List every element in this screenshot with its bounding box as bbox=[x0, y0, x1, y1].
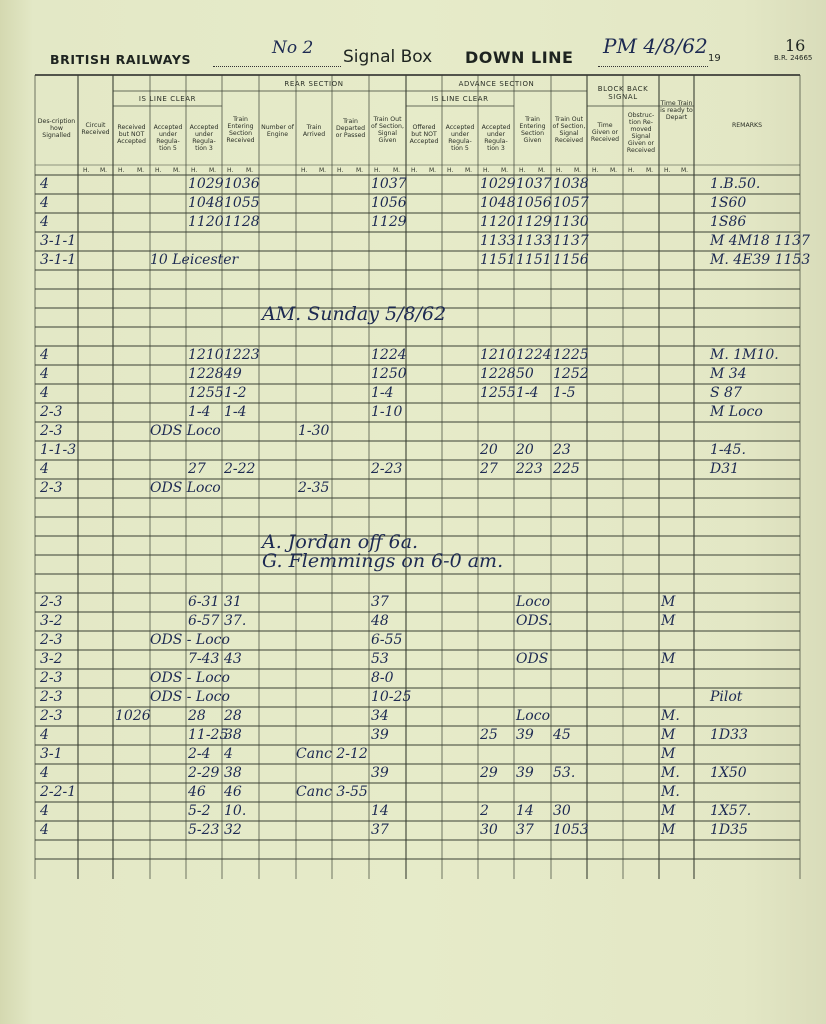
entry-rear_out: 39 bbox=[371, 765, 389, 781]
minutes-label: M. bbox=[393, 167, 400, 174]
hours-label: H. bbox=[227, 167, 233, 174]
column-header-engine: Number of Engine bbox=[260, 124, 295, 138]
column-header-bb_given: Time Given or Received bbox=[588, 122, 622, 143]
entry-rear_acc3: 46 bbox=[188, 784, 206, 800]
handwritten-note: ODS - Loco bbox=[150, 670, 230, 686]
entry-rear_out: 39 bbox=[371, 727, 389, 743]
minutes-label: M. bbox=[646, 167, 653, 174]
entry-desc: 2-3 bbox=[40, 708, 63, 724]
entry-desc: 4 bbox=[40, 803, 49, 819]
entry-rear_entering: 46 bbox=[224, 784, 242, 800]
entry-rear_entering: 4 bbox=[224, 746, 233, 762]
entry-adv_acc3: 2 bbox=[480, 803, 489, 819]
entry-rear_out: 1-4 bbox=[371, 385, 394, 401]
entry-rear_entering: 1055 bbox=[224, 195, 260, 211]
entry-rear_acc3: 1029 bbox=[188, 176, 224, 192]
entry-ready: M bbox=[661, 613, 675, 629]
column-header-rear_out: Train Out of Section, Signal Given bbox=[370, 116, 405, 144]
entry-adv_entering: 223 bbox=[516, 461, 543, 477]
entry-adv_entering: 1133 bbox=[516, 233, 552, 249]
entry-desc: 3-2 bbox=[40, 613, 63, 629]
hours-label: H. bbox=[483, 167, 489, 174]
entry-rear_acc3: 6-57 bbox=[188, 613, 219, 629]
hours-label: H. bbox=[118, 167, 124, 174]
entry-adv_entering: 1056 bbox=[516, 195, 552, 211]
column-header-ready: Time Train is ready to Depart bbox=[660, 100, 693, 121]
entry-adv_acc3: 1228 bbox=[480, 366, 516, 382]
entry-adv_entering: 1151 bbox=[516, 252, 552, 268]
entry-adv_entering: 50 bbox=[516, 366, 534, 382]
entry-adv_entering: 14 bbox=[516, 803, 534, 819]
entry-rear_out: 1129 bbox=[371, 214, 407, 230]
entry-adv_out: 23 bbox=[553, 442, 571, 458]
hours-label: H. bbox=[519, 167, 525, 174]
entry-remarks: M. 4E39 1153 bbox=[710, 252, 810, 268]
entry-remarks: 1X57. bbox=[710, 803, 751, 819]
entry-adv_acc3: 1120 bbox=[480, 214, 516, 230]
entry-desc: 2-3 bbox=[40, 670, 63, 686]
entry-adv_entering: ODS bbox=[516, 651, 548, 667]
rear-section-header: REAR SECTION bbox=[222, 80, 406, 88]
entry-remarks: M Loco bbox=[710, 404, 763, 420]
entry-adv_out: 1053 bbox=[553, 822, 589, 838]
entry-desc: 3-1 bbox=[40, 746, 63, 762]
column-header-adv_acc3: Accepted under Regula-tion 3 bbox=[479, 124, 513, 152]
entry-rear_out: 14 bbox=[371, 803, 389, 819]
hours-label: H. bbox=[337, 167, 343, 174]
minutes-label: M. bbox=[246, 167, 253, 174]
entry-adv_entering: 39 bbox=[516, 765, 534, 781]
column-header-circuit: Circuit Received bbox=[79, 122, 112, 136]
entry-adv_out: 1252 bbox=[553, 366, 589, 382]
column-header-rear_acc3: Accepted under Regula-tion 3 bbox=[187, 124, 221, 152]
entry-adv_acc3: 1048 bbox=[480, 195, 516, 211]
entry-desc: 4 bbox=[40, 214, 49, 230]
entry-rear_acc3: 27 bbox=[188, 461, 206, 477]
entry-desc: 4 bbox=[40, 385, 49, 401]
handwritten-note: Canc 3-55 bbox=[296, 784, 368, 800]
hours-label: H. bbox=[301, 167, 307, 174]
entry-remarks: 1-45. bbox=[710, 442, 746, 458]
entry-rear_out: 10-25 bbox=[371, 689, 411, 705]
column-header-bb_removed: Obstruc-tion Re-moved Signal Given or Re… bbox=[624, 112, 658, 154]
entry-rear_out: 1224 bbox=[371, 347, 407, 363]
entry-rear_entering: 1036 bbox=[224, 176, 260, 192]
advance-line-clear-header: IS LINE CLEAR bbox=[406, 95, 514, 103]
entry-adv_out: 1130 bbox=[553, 214, 589, 230]
entry-arrived: 1-30 bbox=[298, 423, 329, 439]
entry-ready: M bbox=[661, 651, 675, 667]
entry-adv_out: 225 bbox=[553, 461, 580, 477]
minutes-label: M. bbox=[209, 167, 216, 174]
handwritten-banner: AM. Sunday 5/8/62 bbox=[262, 303, 446, 325]
entry-remarks: M. 1M10. bbox=[710, 347, 779, 363]
column-header-departed: Train Departed or Passed bbox=[333, 118, 368, 139]
entry-rear_out: 1056 bbox=[371, 195, 407, 211]
rear-line-clear-header: IS LINE CLEAR bbox=[113, 95, 222, 103]
entry-adv_acc3: 27 bbox=[480, 461, 498, 477]
entry-rear_acc3: 1120 bbox=[188, 214, 224, 230]
entry-adv_out: 1057 bbox=[553, 195, 589, 211]
entry-rear_acc3: 1210 bbox=[188, 347, 224, 363]
entry-desc: 4 bbox=[40, 366, 49, 382]
entry-rear_entering: 1223 bbox=[224, 347, 260, 363]
minutes-label: M. bbox=[501, 167, 508, 174]
minutes-label: M. bbox=[356, 167, 363, 174]
entry-adv_acc3: 1133 bbox=[480, 233, 516, 249]
hours-label: H. bbox=[374, 167, 380, 174]
entry-desc: 2-3 bbox=[40, 689, 63, 705]
entry-adv_acc3: 1029 bbox=[480, 176, 516, 192]
entry-rear_out: 6-55 bbox=[371, 632, 402, 648]
advance-section-header: ADVANCE SECTION bbox=[406, 80, 587, 88]
entry-remarks: M 4M18 1137 bbox=[710, 233, 810, 249]
entry-remarks: 1X50 bbox=[710, 765, 747, 781]
entry-adv_entering: 20 bbox=[516, 442, 534, 458]
entry-ready: M bbox=[661, 727, 675, 743]
entry-adv_entering: 1-4 bbox=[516, 385, 539, 401]
entry-rear_entering: 2-22 bbox=[224, 461, 255, 477]
entry-adv_acc3: 20 bbox=[480, 442, 498, 458]
entry-rear_entering: 28 bbox=[224, 708, 242, 724]
entry-remarks: Pilot bbox=[710, 689, 742, 705]
entry-desc: 2-3 bbox=[40, 404, 63, 420]
entry-adv_out: 30 bbox=[553, 803, 571, 819]
hours-label: H. bbox=[191, 167, 197, 174]
handwritten-note: ODS - Loco bbox=[150, 689, 230, 705]
entry-adv_entering: 1037 bbox=[516, 176, 552, 192]
entry-desc: 2-3 bbox=[40, 423, 63, 439]
entry-ready: M bbox=[661, 594, 675, 610]
entry-rear_entering: 1-4 bbox=[224, 404, 247, 420]
entry-desc: 4 bbox=[40, 822, 49, 838]
handwritten-note: Canc 2-12 bbox=[296, 746, 368, 762]
entry-rear_acc3: 28 bbox=[188, 708, 206, 724]
minutes-label: M. bbox=[429, 167, 436, 174]
entry-desc: 3-1-1 bbox=[40, 252, 76, 268]
minutes-label: M. bbox=[681, 167, 688, 174]
entry-rear_acc3: 1048 bbox=[188, 195, 224, 211]
entry-adv_acc3: 1151 bbox=[480, 252, 516, 268]
entry-adv_out: 1156 bbox=[553, 252, 589, 268]
minutes-label: M. bbox=[465, 167, 472, 174]
column-header-adv_entering: Train Entering Section Given bbox=[515, 116, 550, 144]
entry-adv_entering: Loco bbox=[516, 708, 550, 724]
entry-desc: 2-2-1 bbox=[40, 784, 76, 800]
entry-rear_acc3: 11-25 bbox=[188, 727, 228, 743]
entry-adv_acc3: 1210 bbox=[480, 347, 516, 363]
handwritten-banner: G. Flemmings on 6-0 am. bbox=[262, 550, 503, 572]
entry-desc: 2-3 bbox=[40, 632, 63, 648]
hours-label: H. bbox=[628, 167, 634, 174]
register-page: BRITISH RAILWAYS No 2 Signal Box DOWN LI… bbox=[0, 0, 826, 1024]
entry-rear_out: 1037 bbox=[371, 176, 407, 192]
entry-desc: 4 bbox=[40, 727, 49, 743]
entry-rear_entering: 32 bbox=[224, 822, 242, 838]
entry-desc: 3-2 bbox=[40, 651, 63, 667]
hours-label: H. bbox=[447, 167, 453, 174]
entry-adv_entering: 1224 bbox=[516, 347, 552, 363]
entry-rear_out: 1250 bbox=[371, 366, 407, 382]
entry-adv_entering: Loco bbox=[516, 594, 550, 610]
entry-adv_out: 1137 bbox=[553, 233, 589, 249]
entry-rear_entering: 38 bbox=[224, 765, 242, 781]
entry-ready: M. bbox=[661, 765, 680, 781]
handwritten-note: ODS Loco bbox=[150, 480, 221, 496]
entry-adv_out: 45 bbox=[553, 727, 571, 743]
entry-adv_out: 1038 bbox=[553, 176, 589, 192]
minutes-label: M. bbox=[538, 167, 545, 174]
entry-adv_entering: 39 bbox=[516, 727, 534, 743]
column-header-rear_acc5: Accepted under Regula-tion 5 bbox=[151, 124, 185, 152]
entry-desc: 4 bbox=[40, 347, 49, 363]
entry-desc: 4 bbox=[40, 195, 49, 211]
entry-rear_entering: 1128 bbox=[224, 214, 260, 230]
entry-ready: M bbox=[661, 803, 675, 819]
entry-rear_entering: 1-2 bbox=[224, 385, 247, 401]
entry-remarks: 1S60 bbox=[710, 195, 746, 211]
entry-remarks: D31 bbox=[710, 461, 739, 477]
minutes-label: M. bbox=[610, 167, 617, 174]
entry-adv_acc3: 25 bbox=[480, 727, 498, 743]
entry-desc: 3-1-1 bbox=[40, 233, 76, 249]
entry-desc: 2-3 bbox=[40, 594, 63, 610]
minutes-label: M. bbox=[137, 167, 144, 174]
hours-label: H. bbox=[664, 167, 670, 174]
entry-rear_acc3: 2-4 bbox=[188, 746, 211, 762]
entry-desc: 2-3 bbox=[40, 480, 63, 496]
hours-label: H. bbox=[83, 167, 89, 174]
entry-rear_out: 37 bbox=[371, 594, 389, 610]
entry-adv_out: 53. bbox=[553, 765, 575, 781]
entry-rear_out: 8-0 bbox=[371, 670, 394, 686]
block-back-header: BLOCK BACK SIGNAL bbox=[587, 85, 659, 101]
entry-rear_acc3: 5-2 bbox=[188, 803, 211, 819]
entry-remarks: 1S86 bbox=[710, 214, 746, 230]
handwritten-note: ODS Loco bbox=[150, 423, 221, 439]
column-header-adv_acc5: Accepted under Regula-tion 5 bbox=[443, 124, 477, 152]
minutes-label: M. bbox=[319, 167, 326, 174]
entry-rear_entering: 10. bbox=[224, 803, 246, 819]
entry-adv_out: 1-5 bbox=[553, 385, 576, 401]
minutes-label: M. bbox=[173, 167, 180, 174]
circuit-entry: 1026 bbox=[115, 708, 151, 724]
entry-ready: M bbox=[661, 822, 675, 838]
entry-rear_out: 53 bbox=[371, 651, 389, 667]
minutes-label: M. bbox=[100, 167, 107, 174]
entry-rear_acc3: 2-29 bbox=[188, 765, 219, 781]
entry-arrived: 2-35 bbox=[298, 480, 329, 496]
entry-desc: 4 bbox=[40, 461, 49, 477]
entry-desc: 4 bbox=[40, 765, 49, 781]
entry-remarks: 1D33 bbox=[710, 727, 748, 743]
entry-desc: 4 bbox=[40, 176, 49, 192]
entry-rear_out: 2-23 bbox=[371, 461, 402, 477]
entry-remarks: M 34 bbox=[710, 366, 747, 382]
entry-ready: M bbox=[661, 746, 675, 762]
entry-rear_entering: 37. bbox=[224, 613, 246, 629]
entry-rear_entering: 38 bbox=[224, 727, 242, 743]
entry-remarks: 1.B.50. bbox=[710, 176, 760, 192]
column-header-rear_not_acc: Received but NOT Accepted bbox=[114, 124, 149, 145]
entry-rear_acc3: 6-31 bbox=[188, 594, 219, 610]
column-header-arrived: Train Arrived bbox=[297, 124, 331, 138]
entry-adv_acc3: 1255 bbox=[480, 385, 516, 401]
hours-label: H. bbox=[411, 167, 417, 174]
entry-adv_entering: ODS. bbox=[516, 613, 552, 629]
handwritten-note: ODS - Loco bbox=[150, 632, 230, 648]
column-header-desc: Des-cription how Signalled bbox=[36, 118, 77, 139]
handwritten-note: 10 Leicester bbox=[150, 252, 238, 268]
entry-desc: 1-1-3 bbox=[40, 442, 76, 458]
entry-rear_out: 1-10 bbox=[371, 404, 402, 420]
column-header-adv_out: Train Out of Section, Signal Received bbox=[552, 116, 586, 144]
entry-adv_acc3: 30 bbox=[480, 822, 498, 838]
entry-ready: M. bbox=[661, 784, 680, 800]
entry-ready: M. bbox=[661, 708, 680, 724]
entry-rear_out: 37 bbox=[371, 822, 389, 838]
hours-label: H. bbox=[556, 167, 562, 174]
ledger-grid bbox=[0, 0, 826, 1024]
entry-adv_out: 1225 bbox=[553, 347, 589, 363]
entry-rear_acc3: 5-23 bbox=[188, 822, 219, 838]
entry-rear_acc3: 1255 bbox=[188, 385, 224, 401]
column-header-adv_not_acc: Offered but NOT Accepted bbox=[407, 124, 441, 145]
entry-rear_acc3: 1-4 bbox=[188, 404, 211, 420]
entry-rear_out: 34 bbox=[371, 708, 389, 724]
entry-rear_entering: 49 bbox=[224, 366, 242, 382]
entry-remarks: 1D35 bbox=[710, 822, 748, 838]
entry-rear_acc3: 1228 bbox=[188, 366, 224, 382]
column-header-remarks: REMARKS bbox=[695, 122, 799, 129]
entry-rear_out: 48 bbox=[371, 613, 389, 629]
entry-rear_acc3: 7-43 bbox=[188, 651, 219, 667]
entry-remarks: S 87 bbox=[710, 385, 742, 401]
entry-adv_acc3: 29 bbox=[480, 765, 498, 781]
hours-label: H. bbox=[155, 167, 161, 174]
entry-rear_entering: 31 bbox=[224, 594, 242, 610]
column-header-rear_entering: Train Entering Section Received bbox=[223, 116, 258, 144]
minutes-label: M. bbox=[574, 167, 581, 174]
entry-adv_entering: 37 bbox=[516, 822, 534, 838]
entry-adv_entering: 1129 bbox=[516, 214, 552, 230]
hours-label: H. bbox=[592, 167, 598, 174]
entry-rear_entering: 43 bbox=[224, 651, 242, 667]
